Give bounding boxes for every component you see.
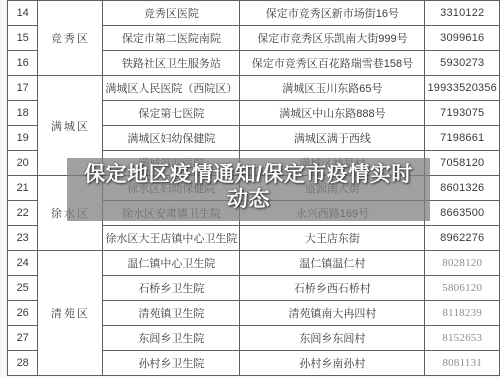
hospital-name-cell: 孙村乡卫生院	[103, 351, 240, 376]
address-cell: 石桥乡西石桥村	[240, 276, 425, 301]
hospital-name-cell: 清苑镇卫生院	[103, 301, 240, 326]
phone-cell: 3310122	[425, 1, 500, 26]
hospital-name-cell: 保定第七医院	[103, 101, 240, 126]
row-number-cell: 23	[8, 226, 38, 251]
row-number-cell: 17	[8, 76, 38, 101]
row-number-cell: 22	[8, 201, 38, 226]
hospital-name-cell: 竞秀区医院	[103, 1, 240, 26]
watermark-overlay: 保定地区疫情通知/保定市疫情实时 动态	[67, 158, 430, 221]
table-row: 14竞秀区竞秀区医院保定市竞秀区新市场街16号3310122	[8, 1, 500, 26]
row-number-cell: 18	[8, 101, 38, 126]
hospital-name-cell: 石桥乡卫生院	[103, 276, 240, 301]
phone-cell: 5930273	[425, 51, 500, 76]
row-number-cell: 14	[8, 1, 38, 26]
hospital-name-cell: 东闾乡卫生院	[103, 326, 240, 351]
hospital-name-cell: 满城区人民医院（西院区）	[103, 76, 240, 101]
row-number-cell: 27	[8, 326, 38, 351]
address-cell: 保定市竞秀区百花路瑞雪巷158号	[240, 51, 425, 76]
address-cell: 大王店东街	[240, 226, 425, 251]
address-cell: 温仁镇温仁村	[240, 251, 425, 276]
phone-cell: 3099616	[425, 26, 500, 51]
address-cell: 保定市竞秀区乐凯南大街999号	[240, 26, 425, 51]
phone-cell: 8601326	[425, 176, 500, 201]
row-number-cell: 26	[8, 301, 38, 326]
phone-cell: 8028120	[425, 251, 500, 276]
hospital-name-cell: 铁路社区卫生服务站	[103, 51, 240, 76]
phone-cell: 8152653	[425, 326, 500, 351]
address-cell: 孙村乡南孙村	[240, 351, 425, 376]
page: 14竞秀区竞秀区医院保定市竞秀区新市场街16号331012215保定市第二医院南…	[0, 0, 500, 378]
address-cell: 满城区中山东路888号	[240, 101, 425, 126]
row-number-cell: 21	[8, 176, 38, 201]
phone-cell: 7193075	[425, 101, 500, 126]
phone-cell: 8663500	[425, 201, 500, 226]
table-row: 24清苑区温仁镇中心卫生院温仁镇温仁村8028120	[8, 251, 500, 276]
row-number-cell: 20	[8, 151, 38, 176]
address-cell: 满城区玉川东路65号	[240, 76, 425, 101]
hospital-name-cell: 满城区妇幼保健院	[103, 126, 240, 151]
row-number-cell: 19	[8, 126, 38, 151]
hospital-name-cell: 保定市第二医院南院	[103, 26, 240, 51]
address-cell: 东闾乡东闾村	[240, 326, 425, 351]
row-number-cell: 28	[8, 351, 38, 376]
phone-cell: 5806120	[425, 276, 500, 301]
row-number-cell: 24	[8, 251, 38, 276]
watermark-title-line1: 保定地区疫情通知/保定市疫情实时	[67, 162, 430, 187]
phone-cell: 19933520356	[425, 76, 500, 101]
hospital-name-cell: 温仁镇中心卫生院	[103, 251, 240, 276]
phone-cell: 7198661	[425, 126, 500, 151]
district-cell: 竞秀区	[38, 1, 103, 76]
row-number-cell: 16	[8, 51, 38, 76]
address-cell: 保定市竞秀区新市场街16号	[240, 1, 425, 26]
row-number-cell: 15	[8, 26, 38, 51]
phone-cell: 8962276	[425, 226, 500, 251]
table-row: 17满城区满城区人民医院（西院区）满城区玉川东路65号19933520356	[8, 76, 500, 101]
watermark-title-line2: 动态	[67, 187, 430, 212]
address-cell: 满城区满于西线	[240, 126, 425, 151]
district-cell: 清苑区	[38, 251, 103, 376]
phone-cell: 8081131	[425, 351, 500, 376]
hospital-name-cell: 徐水区大王店镇中心卫生院	[103, 226, 240, 251]
phone-cell: 8118239	[425, 301, 500, 326]
address-cell: 清苑镇南大冉四村	[240, 301, 425, 326]
row-number-cell: 25	[8, 276, 38, 301]
phone-cell: 7058120	[425, 151, 500, 176]
